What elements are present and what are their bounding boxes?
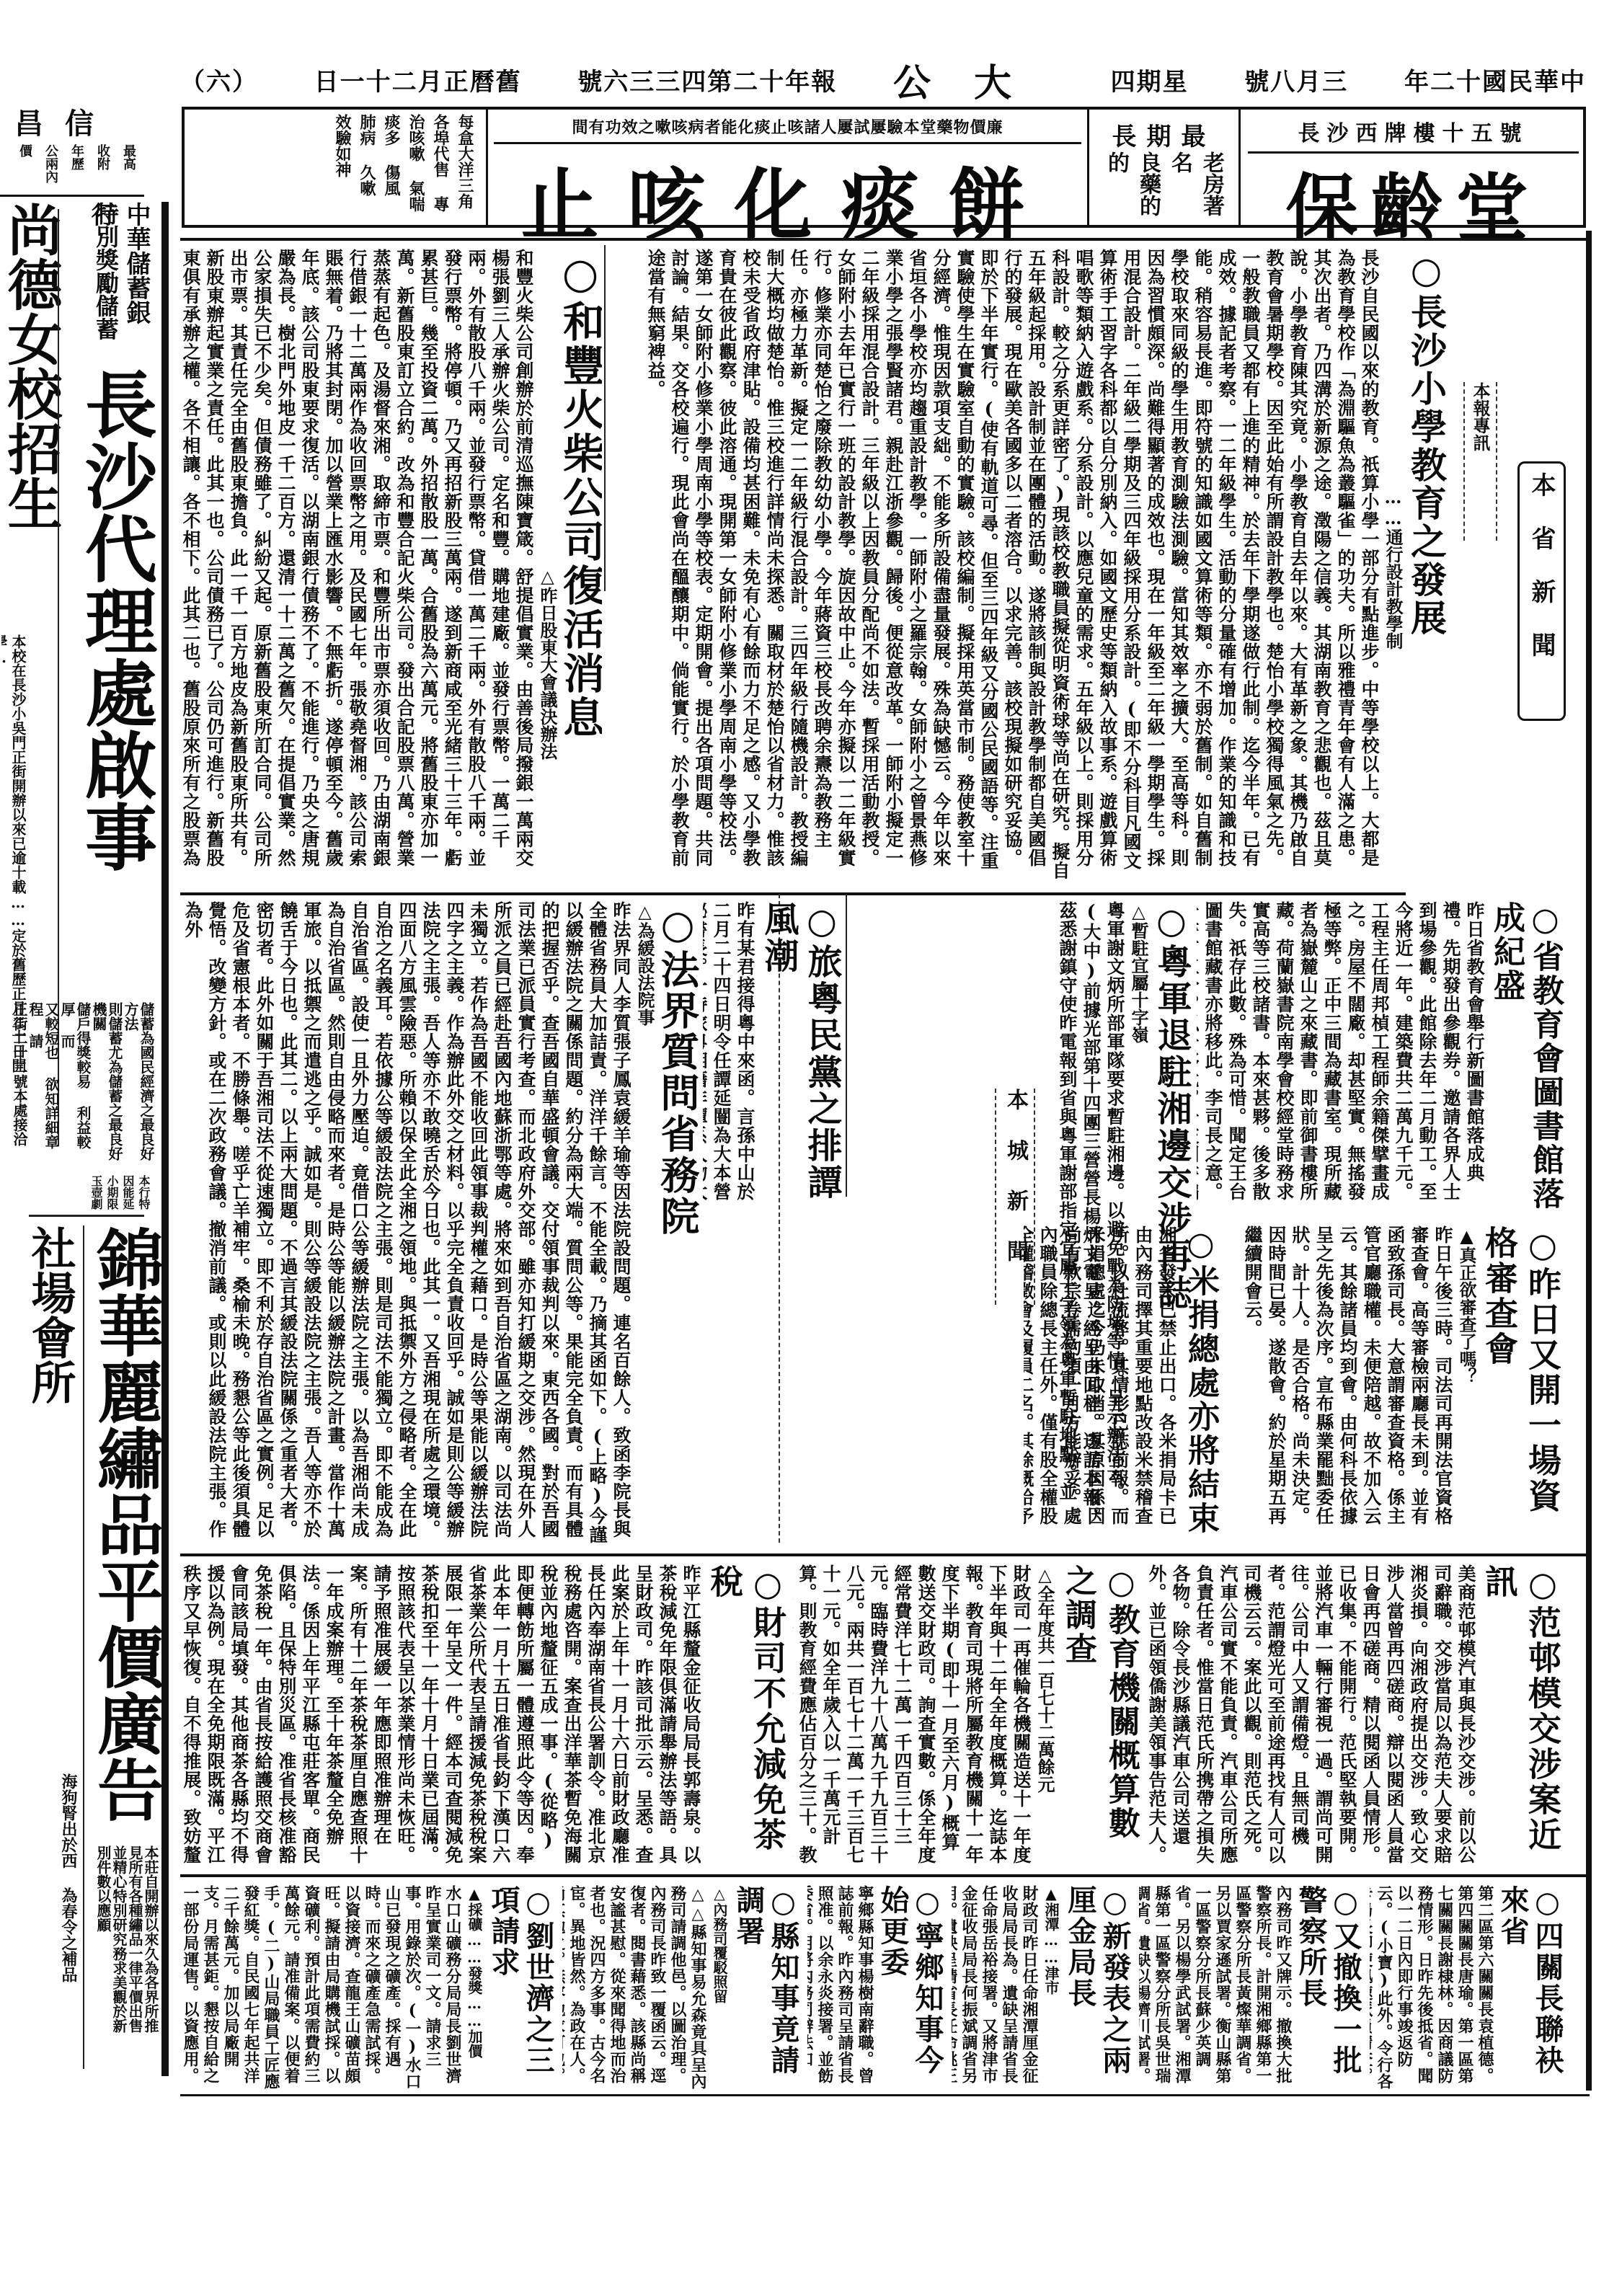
ad-bank-title: 長沙代理處啟事	[79, 368, 151, 1002]
article-primary-education: ○長沙小學教育之發展 ……通行設計教學制 長沙自民國以來的教育。祇算小學一部分有…	[619, 249, 1448, 883]
rule-row2	[180, 1553, 1586, 1556]
ad-char: 昌	[14, 101, 43, 142]
article-subhead: △全年度共一百七十二萬餘元	[1033, 1564, 1056, 1867]
masthead-weekday: 四期星	[1111, 62, 1189, 97]
article-fanbang-case: ○范邨模交涉案近訊 美商范邨模汽車與長沙交涉。前以公司辭職。交涉當局以為范夫人要…	[1146, 1564, 1564, 1867]
article-headline: ○寧鄉知事今始更委	[875, 1885, 944, 2094]
article-four-commanders: ○四關長聯袂來省 第二區第六關關長袁植德。第四關關長唐瑜。第一區第七關關長謝棣林…	[1370, 1885, 1564, 2094]
article-body: 美商范邨模汽車與長沙交涉。前以公司辭職。交涉當局以為范夫人要求賠湘炎損。向湘政府…	[1146, 1564, 1478, 1867]
article-police-chiefs: ○又撤換一批警察所長 內務司昨又牌示。撤換大批警察所長。計開湘鄉縣第一區警察分所…	[1139, 1885, 1362, 2094]
ad-line: 並精心特別研究務求美觀於新	[111, 1845, 127, 2076]
article-body: △△縣知事易允森竟具呈內務司請調他邑。以圖治理。內務司長昨致一覆函云。逕復者。閱…	[562, 1885, 708, 2094]
article-headline: ○縣知事竟請調署	[731, 1885, 800, 2094]
article-headline: ○和豐火柴公司復活消息	[559, 249, 602, 883]
rule-row1	[180, 892, 1406, 895]
masthead-lunar-date: 日一十二月正曆舊	[314, 62, 522, 97]
ad-line: 因能延	[120, 1175, 136, 1211]
ad-bank-lines: 儲蓄為國民經濟之最良好方法 則儲蓄尤為儲蓄之最良好機關 儲戶得獎較易 利益較厚 …	[12, 1002, 154, 1161]
article-exam-committee: ○昨日又開一場資格審查會 ▲真正欲審查了嗎？ 昨日午後三時。司法司再開法官資格審…	[1226, 1225, 1564, 1543]
masthead-page-number: （六）	[180, 62, 258, 97]
article-body: 寧鄉縣知事楊樹南辭職。曾誌前報。昨內務司呈請省長照准。以余永炎接署。並飭委省。用…	[807, 1885, 875, 2094]
ad-line: 儲蓄為國民經濟之最良好方法	[123, 1002, 154, 1161]
ad-line: 年歷	[63, 144, 89, 193]
article-body: 財政司昨日任命湘潭厘金征收局局長為。遺缺呈請省長任命張岳裕接署。又將津市金征收局…	[952, 1885, 1040, 2094]
article-body: 昨法界同人李質張子鳳袁緩羊瑜等因法院設問題。連名百餘人。致函李院長與全體省務員大…	[181, 901, 633, 1546]
ad-pharmacy-slogan: 長期最 老房著名 良藥的 的	[1087, 110, 1238, 225]
article-education-budget: ○教育機關概算數之調查 △全年度共一百七十二萬餘元 財政司一再催輪各機關造送十一…	[793, 1564, 1143, 1867]
ad-line: 本行特	[136, 1175, 151, 1211]
ad-bank-subtitle: 特別獎勵儲蓄	[89, 202, 123, 360]
article-headline: ○法界質問省務院	[656, 901, 699, 1546]
article-cantonese-party: ○旅粵民黨之排譚風潮 昨有某君接得粵中來函。言孫中山於二月二十四日明令任譚延闓為…	[703, 901, 843, 1204]
article-library: ○省教育會圖書館落成紀盛 昨日省教育會舉行新圖書館落成典禮。先期發出參觀券。邀請…	[1197, 901, 1564, 1211]
ad-cough-cake: 間有功效之嗽咳病者能化痰止咳諸人屢試屢驗本堂藥物價廉 止咳化痰餅	[486, 110, 1087, 225]
article-law-court: ○法界質問省務院 △為緩設法院事 昨法界同人李質張子鳳袁緩羊瑜等因法院設問題。連…	[180, 901, 699, 1546]
article-headline: ○又撤換一批警察所長	[1293, 1885, 1362, 2094]
ad-baolingtang-address: 長沙西牌樓十五號	[1248, 115, 1579, 154]
article-liu-shiji: ○劉世濟之三項請求 ▲採礦……發獎……加價 水口山礦務分局局長劉世濟昨呈實業司一…	[180, 1885, 555, 2094]
rule-row3	[180, 1874, 1586, 1877]
ad-shangde-school-title: 尚德女校招生	[0, 202, 58, 606]
ad-jinhua-embroidery-title: 錦華麗繡品平價廣告	[90, 1225, 159, 1946]
ad-line: 收附	[89, 144, 115, 193]
article-body: 長沙自民國以來的教育。祇算小學一部分有點進步。中等學校以上。大都是為教育學校作「…	[644, 249, 1381, 883]
ad-line: 公兩內	[37, 144, 63, 193]
rule-bottom	[180, 2094, 1590, 2096]
article-headline: ○范邨模交涉案近訊	[1478, 1564, 1564, 1867]
article-headline: ○劉世濟之三項請求	[486, 1885, 555, 2094]
divider	[604, 245, 606, 591]
ad-slogan-lines: 老房著名 良藥的 的	[1100, 151, 1227, 223]
article-body: 昨日午後三時。司法司再開法官資格審查會。高等審檢兩廳長未到。並有函致孫司長。大意…	[1241, 1225, 1455, 1543]
article-body: 昨有某君接得粵中來函。言孫中山於二月二十四日明令任譚延闓為大本營秘書長。一時旅粵…	[703, 901, 757, 1204]
article-tag-special-report: 本報專訊	[1463, 382, 1497, 541]
article-county-magistrate: ○縣知事竟請調署 △內務司覆駁照留 △△縣知事易允森竟具呈內務司請調他邑。以圖治…	[562, 1885, 800, 2094]
ad-line: 本莊自開辦以來久為各界所推	[143, 1845, 159, 2076]
ad-line: 別件數以應顧	[95, 1845, 111, 2076]
ad-slogan-line: 良藥的	[1132, 151, 1164, 223]
article-body: 第二區第六關關長袁植德。第四關關長唐瑜。第一區第七關關長謝棣林。因商議防務情形。…	[1370, 1885, 1495, 2094]
ad-line: 則儲蓄尤為儲蓄之最良好機關	[91, 1002, 123, 1161]
ad-xinchang: 信 昌 最高 收附 年歷 公兩內 價	[0, 101, 144, 197]
article-subhead: ▲湘潭……津市	[1040, 1885, 1063, 2094]
article-tea-tax: ○財司不允減免茶稅 昨平江縣釐金征收局局長郭壽泉。以茶稅減免年限俱滿請舉辦法等語…	[180, 1564, 789, 1867]
ad-baolingtang: 長沙西牌樓十五號 保齡堂	[1238, 110, 1586, 225]
ad-bank-footer: 本行特 因能延 小期限 玉壺劇	[87, 1175, 151, 1211]
article-likin-chiefs: ○新發表之兩厘金局長 ▲湘潭……津市 財政司昨日任命湘潭厘金征收局局長為。遺缺呈…	[952, 1885, 1132, 2094]
article-headline: ○四關長聯袂來省	[1495, 1885, 1564, 2094]
article-headline: ○教育機關概算數之調查	[1056, 1564, 1143, 1867]
article-headline: ○昨日又開一場資格審查會	[1478, 1225, 1564, 1543]
ad-line: 價	[12, 144, 37, 193]
ad-slogan-top: 長期最	[1094, 117, 1234, 152]
article-headline: ○旅粵民黨之排譚風潮	[757, 901, 843, 1204]
article-subhead: △為緩設法院事	[633, 901, 656, 1546]
section-label-provincial-news: 本省新聞	[1517, 461, 1566, 721]
article-body: 昨日省教育會舉行新圖書館落成典禮。先期發出參觀券。邀請各界人士到場參觀。此館除去…	[1197, 901, 1486, 1211]
article-headline: ○新發表之兩厘金局長	[1063, 1885, 1132, 2094]
ad-line: 見所有各種繡品一律平價出售	[127, 1845, 143, 2076]
masthead-year: 年二十國民華中	[1404, 62, 1586, 97]
ad-banner: 長沙西牌樓十五號 保齡堂 長期最 老房著名 良藥的 的 間有功效之嗽咳病者能化痰…	[182, 107, 1586, 228]
article-body: 和豐火柴公司創辦於前清巡撫陳寶箴。舒提倡實業。由善後局撥銀一萬兩交楊張劉三人承辦…	[180, 249, 536, 883]
article-subhead: ……通行設計教學制	[1381, 249, 1404, 883]
article-headline: ○省教育會圖書館落成紀盛	[1486, 901, 1564, 1211]
divider	[846, 894, 847, 1197]
ad-line: 又較短也 欲知詳細章程 請	[27, 1002, 59, 1161]
ad-market-title: 社場會所	[22, 1225, 72, 1442]
article-body: 財政司一再催輪各機關造送十一年度下半年與十二年全年度概算。迄誌本報。教育司現將所…	[793, 1564, 1033, 1867]
ad-xinchang-lines: 最高 收附 年歷 公兩內 價	[12, 144, 141, 193]
ad-slogan-line: 老房著名	[1164, 151, 1227, 223]
article-ningxiang-magistrate: ○寧鄉知事今始更委 寧鄉縣知事楊樹南辭職。曾誌前報。昨內務司呈請省長照准。以余永…	[807, 1885, 944, 2094]
ad-char: 信	[65, 101, 94, 142]
masthead: 年二十國民華中 號八月三 四期星 公大 號六三三四第二十年報 日一十二月正曆舊 …	[180, 58, 1586, 101]
ad-xinchang-title: 信 昌	[14, 101, 94, 142]
ad-slogan-line: 的	[1100, 151, 1132, 223]
ad-line: 玉壺劇	[88, 1175, 104, 1211]
masthead-paper-name: 公大	[893, 53, 1055, 107]
article-headline: ○財司不允減免茶稅	[703, 1564, 789, 1867]
ad-embroidery-lines: 本莊自開辦以來久為各界所推 見所有各種繡品一律平價出售 並精心特別研究務求美觀於…	[90, 1845, 159, 2076]
article-rice-tax: ○米捐總處亦將結束 湘省發米已禁止出口。各米捐局卡已由內務司擇其重要地點改設米禁…	[1024, 1225, 1222, 1543]
article-subhead: ▲採礦……發獎……加價	[463, 1885, 486, 2094]
article-body: 昨平江縣釐金征收局局長郭壽泉。以茶稅減免年限俱滿請舉辦法等語。具呈財政司。昨該司…	[180, 1564, 703, 1867]
ad-cough-cake-tagline: 間有功效之嗽咳病者能化痰止咳諸人屢試屢驗本堂藥物價廉	[494, 115, 1081, 144]
ad-cough-cake-details: 每盒大洋三角 各埠代售 專治咳嗽 氣喘痰多 傷風 肺病 久嗽 效驗如神	[189, 114, 477, 222]
divider	[29, 1215, 144, 1217]
ad-line: 小期限	[104, 1175, 120, 1211]
ad-seal-tonic: 海狗腎出於西 為春令之補品	[49, 1773, 78, 2076]
article-body: 湘省發米已禁止出口。各米捐局卡已由內務司擇其重要地點改設米禁稽查所。以杜流弊。其…	[1024, 1225, 1179, 1543]
masthead-month: 號八月三	[1244, 62, 1348, 97]
article-body: 水口山礦務分局局長劉世濟昨呈實業司一文。請求三事。用錄於次。(一)水口山已發現之…	[180, 1885, 463, 2094]
article-headline: ○米捐總處亦將結束	[1179, 1225, 1222, 1543]
article-body: 內務司昨又牌示。撤換大批警察所長。計開湘鄉縣第一區警察分所長黃燦華調省。另以賈家…	[1139, 1885, 1293, 2094]
masthead-issue-number: 號六三三四第二十年報	[577, 62, 837, 97]
rule-top	[180, 238, 1586, 241]
ad-zhonghua-bank: 中華儲蓄銀行 特別獎勵儲蓄 長沙代理處啟事 儲蓄為國民經濟之最良好方法 則儲蓄尤…	[61, 202, 159, 1161]
article-subhead: ▲真正欲審查了嗎？	[1455, 1225, 1478, 1543]
article-headline: ○長沙小學教育之發展	[1404, 249, 1448, 883]
page-right-border	[1586, 231, 1592, 2091]
ad-line: 正街二十二號本處接洽	[12, 1002, 27, 1161]
divider	[83, 1225, 84, 2069]
ad-line: 儲戶得獎較易 利益較厚 而	[59, 1002, 91, 1161]
article-subhead: △內務司覆駁照留	[708, 1885, 731, 2094]
article-matchbox-company: ○和豐火柴公司復活消息 △昨日股東大會議決辦法 和豐火柴公司創辦於前清巡撫陳寶箴…	[180, 249, 602, 883]
ad-line: 最高	[115, 144, 141, 193]
